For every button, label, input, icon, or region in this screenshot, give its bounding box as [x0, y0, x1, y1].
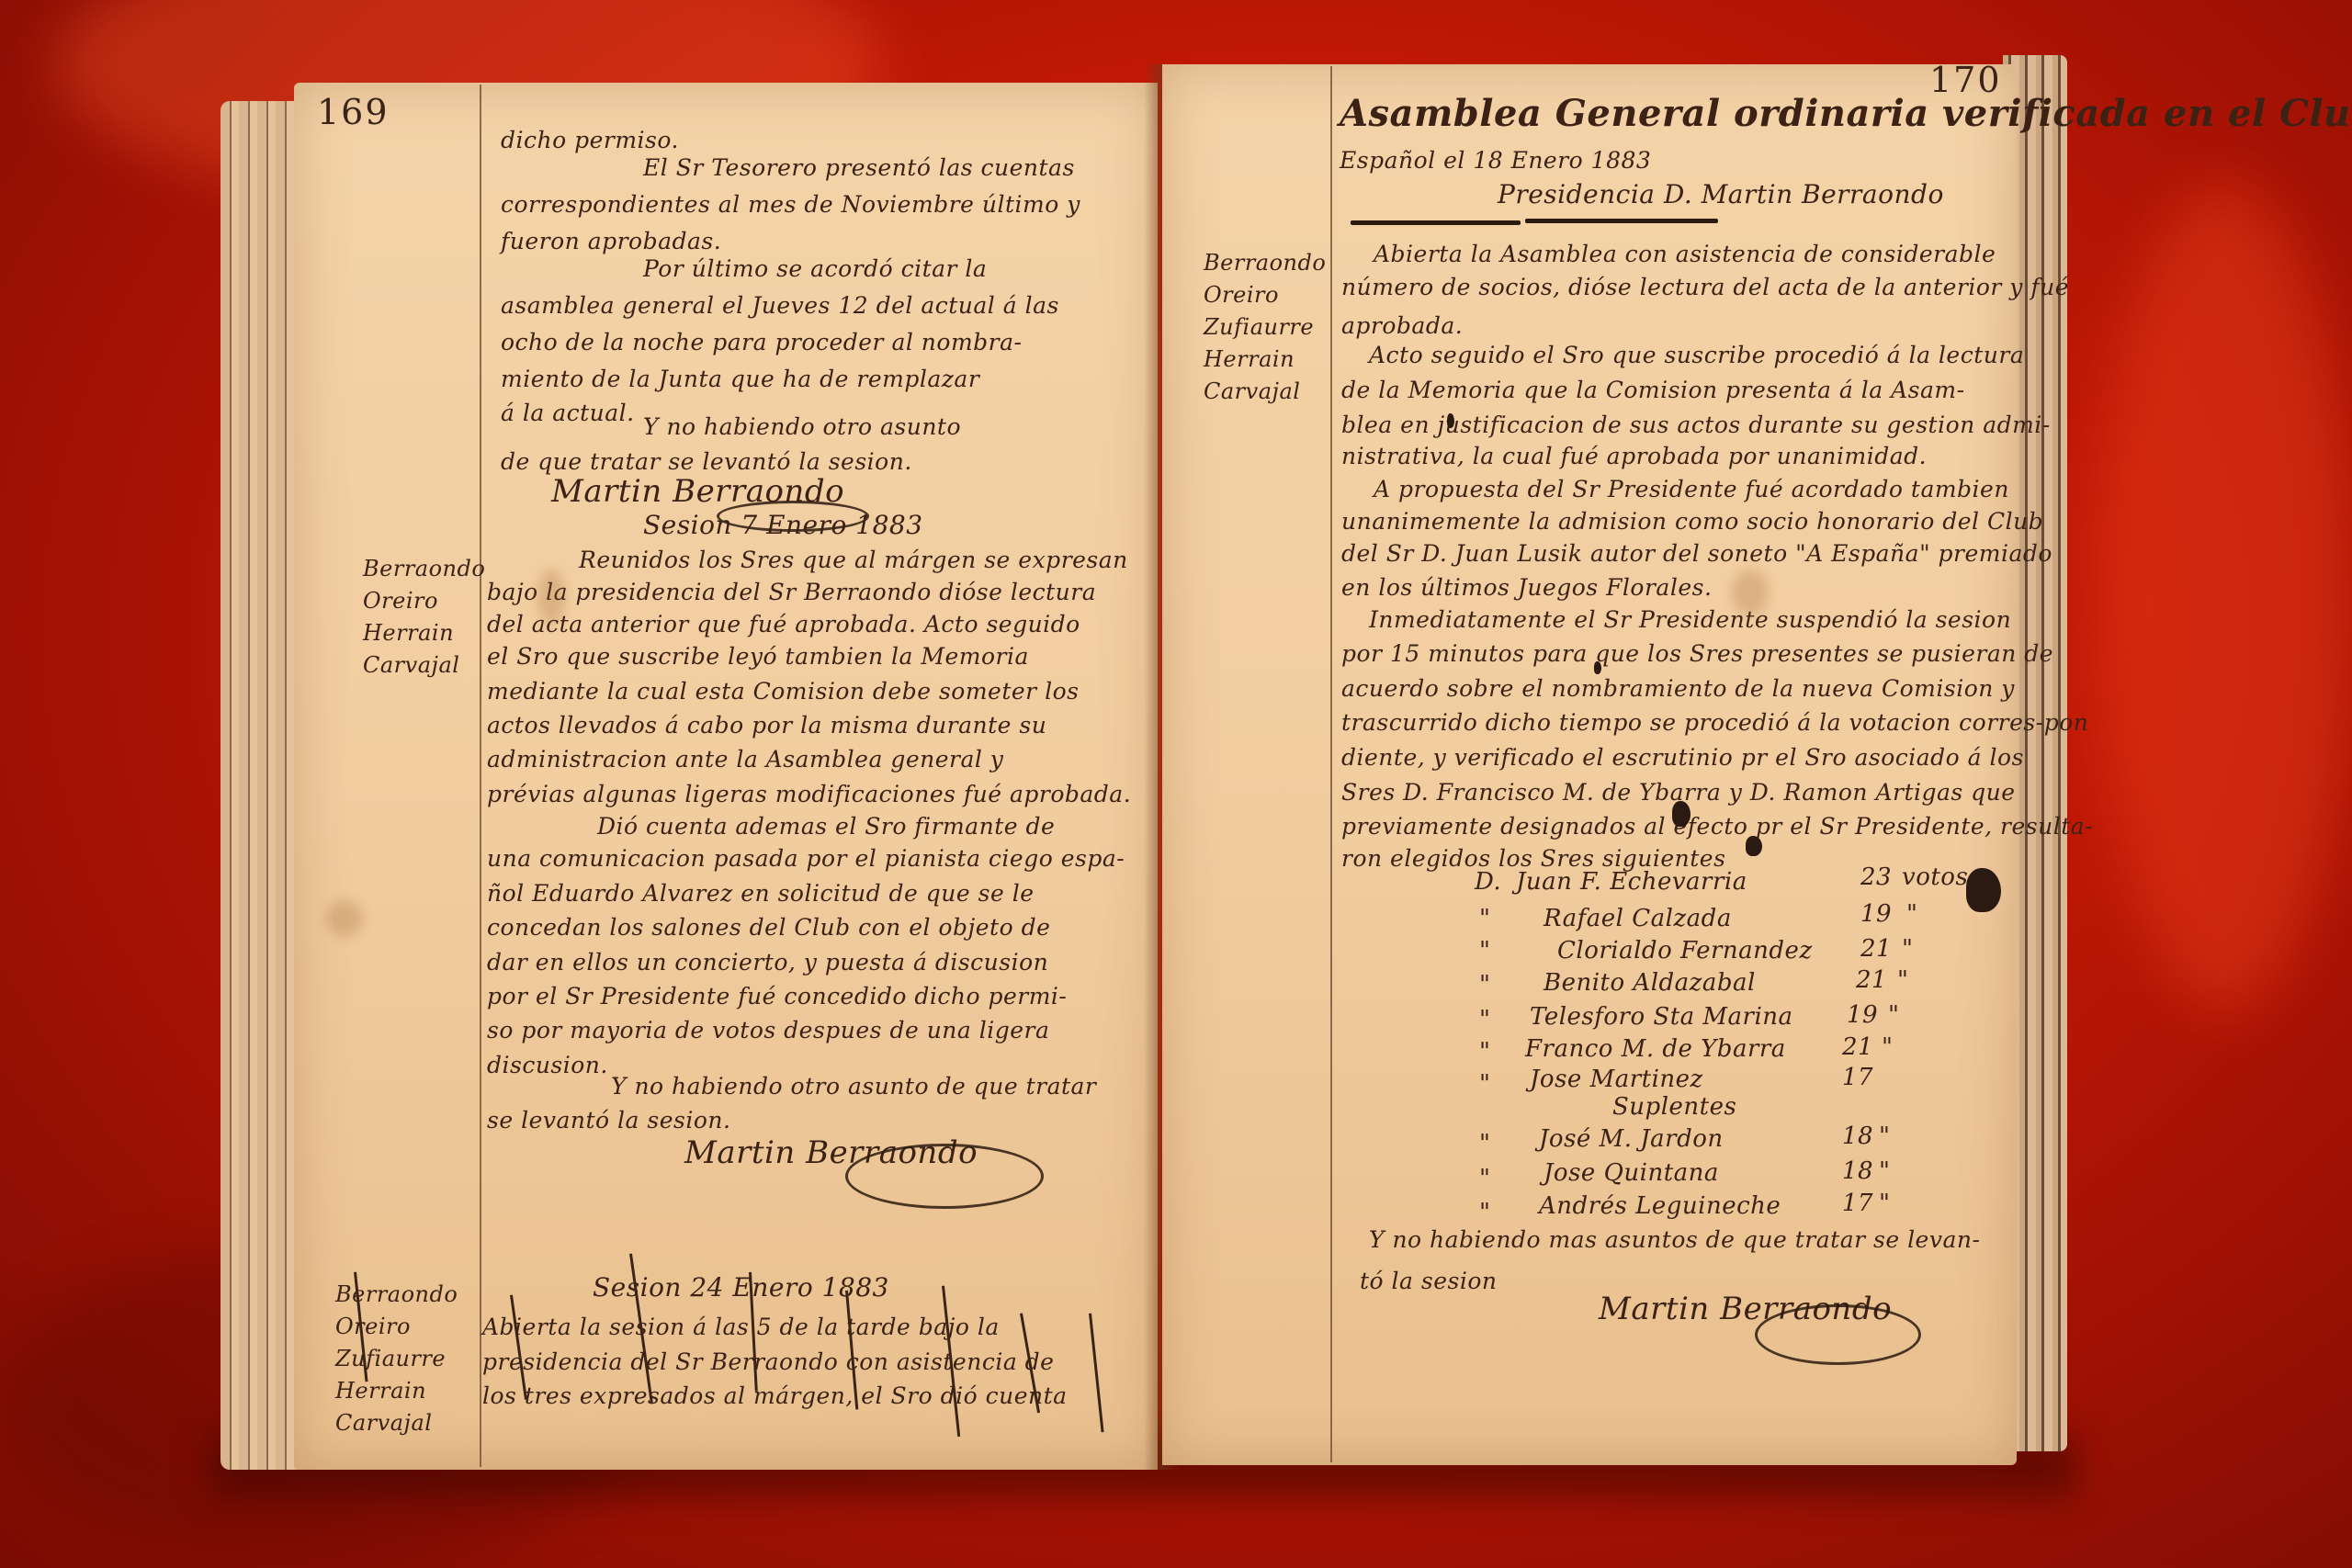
text-line: administracion ante la Asamblea general …	[487, 746, 1003, 773]
text-line: el Sro que suscribe leyó tambien la Memo…	[487, 643, 1029, 670]
prefix: "	[1479, 1038, 1490, 1066]
text-line: so por mayoria de votos despues de una l…	[487, 1017, 1049, 1043]
candidate-name: Andrés Leguineche	[1539, 1192, 1781, 1220]
candidate-name: Rafael Calzada	[1543, 905, 1732, 932]
margin-name: Herrain	[363, 620, 454, 646]
vote-count: 17	[1842, 1190, 1873, 1217]
vote-count: 21	[1856, 966, 1887, 994]
text-line: bajo la presidencia del Sr Berraondo dió…	[487, 579, 1096, 605]
text-line: número de socios, dióse lectura del acta…	[1341, 274, 2069, 300]
text-line: á la actual.	[501, 400, 635, 426]
prefix: D.	[1475, 868, 1501, 896]
text-line: de que tratar se levantó la sesion.	[501, 448, 912, 475]
candidate-name: Benito Aldazabal	[1543, 969, 1756, 997]
text-line: discusion.	[487, 1052, 608, 1078]
prefix: "	[1479, 937, 1490, 964]
margin-name: Oreiro	[335, 1314, 411, 1339]
page-number-169: 169	[317, 92, 390, 132]
vote-unit: "	[1879, 1157, 1890, 1185]
margin-name: Oreiro	[1204, 282, 1279, 308]
vote-unit: "	[1879, 1122, 1890, 1150]
heading-underline	[1351, 220, 1521, 225]
margin-name: Carvajal	[363, 652, 459, 678]
vote-unit: votos	[1902, 863, 1968, 891]
text-line: Y no habiendo otro asunto	[643, 413, 961, 440]
candidate-name: Jose Martinez	[1530, 1066, 1703, 1093]
text-line: de la Memoria que la Comision presenta á…	[1341, 377, 1965, 403]
paper-stain	[1732, 570, 1769, 615]
text-line: del acta anterior que fué aprobada. Acto…	[487, 611, 1080, 637]
text-line: se levantó la sesion.	[487, 1107, 730, 1134]
session-heading: Sesion 7 Enero 1883	[643, 510, 923, 540]
text-line: Abierta la sesion á las 5 de la tarde ba…	[482, 1314, 1000, 1340]
vote-count: 21	[1842, 1033, 1873, 1061]
text-line: mediante la cual esta Comision debe some…	[487, 678, 1079, 705]
right-margin-rule	[1330, 66, 1332, 1462]
margin-name: Berraondo	[335, 1281, 458, 1307]
text-line: nistrativa, la cual fué aprobada por una…	[1341, 443, 1927, 469]
heading-underline	[1525, 219, 1718, 223]
text-line: El Sr Tesorero presentó las cuentas	[643, 154, 1075, 181]
presidency-line: Presidencia D. Martin Berraondo	[1498, 179, 1944, 209]
text-line: por el Sr Presidente fué concedido dicho…	[487, 983, 1067, 1010]
vote-count: 23	[1860, 863, 1892, 891]
text-line: fueron aprobadas.	[501, 228, 721, 254]
cloth-highlight	[2095, 184, 2352, 1010]
prefix: "	[1479, 1130, 1490, 1157]
margin-name: Herrain	[1204, 346, 1295, 372]
margin-name: Carvajal	[1204, 378, 1300, 404]
text-line: A propuesta del Sr Presidente fué acorda…	[1374, 476, 2009, 502]
text-line: Y no habiendo mas asuntos de que tratar …	[1369, 1226, 1980, 1253]
text-line: previamente designados al efecto pr el S…	[1341, 813, 2093, 840]
left-page-edges	[220, 101, 303, 1470]
text-line: aprobada.	[1341, 312, 1463, 339]
left-page	[294, 83, 1158, 1470]
prefix: "	[1479, 1006, 1490, 1033]
text-line: acuerdo sobre el nombramiento de la nuev…	[1341, 675, 2015, 702]
text-line: por 15 minutos para que los Sres present…	[1341, 640, 2053, 667]
text-line: ocho de la noche para proceder al nombra…	[501, 329, 1022, 355]
candidate-name: Jose Quintana	[1543, 1159, 1719, 1187]
paper-stain	[326, 900, 363, 937]
assembly-title-continued: Español el 18 Enero 1883	[1340, 147, 1651, 174]
text-line: Abierta la Asamblea con asistencia de co…	[1374, 241, 1996, 267]
candidate-name: José M. Jardon	[1539, 1125, 1724, 1153]
prefix: "	[1479, 1199, 1490, 1226]
text-line: asamblea general el Jueves 12 del actual…	[501, 292, 1059, 319]
text-line: trascurrido dicho tiempo se procedió á l…	[1341, 709, 2088, 736]
vote-count: 18	[1842, 1122, 1873, 1150]
vote-count: 19	[1860, 900, 1892, 928]
text-line: Acto seguido el Sro que suscribe procedi…	[1369, 342, 2024, 368]
text-line: diente, y verificado el escrutinio pr el…	[1341, 744, 2024, 771]
margin-name: Berraondo	[1204, 250, 1326, 276]
candidate-name: Clorialdo Fernandez	[1557, 937, 1813, 964]
text-line: concedan los salones del Club con el obj…	[487, 914, 1050, 941]
vote-unit: "	[1879, 1190, 1890, 1217]
vote-unit: "	[1906, 900, 1917, 928]
prefix: "	[1479, 971, 1490, 998]
text-line: actos llevados á cabo por la misma duran…	[487, 712, 1046, 739]
text-line: dar en ellos un concierto, y puesta á di…	[487, 949, 1048, 976]
text-line: dicho permiso.	[501, 127, 679, 153]
prefix: "	[1479, 1070, 1490, 1098]
margin-name: Oreiro	[363, 588, 438, 614]
candidate-name: Telesforo Sta Marina	[1530, 1003, 1793, 1031]
margin-name: Herrain	[335, 1378, 426, 1404]
text-line: los tres expresados al márgen, el Sro di…	[482, 1382, 1068, 1409]
assembly-title: Asamblea General ordinaria verificada en…	[1340, 92, 2352, 135]
text-line: del Sr D. Juan Lusik autor del soneto "A…	[1341, 540, 2052, 567]
vote-count: 21	[1860, 935, 1892, 963]
vote-unit: "	[1882, 1033, 1893, 1061]
text-line: Dió cuenta ademas el Sro firmante de	[597, 813, 1055, 840]
margin-name: Zufiaurre	[1204, 314, 1314, 340]
text-line: una comunicacion pasada por el pianista …	[487, 845, 1125, 872]
vote-count: 18	[1842, 1157, 1873, 1185]
text-line: en los últimos Juegos Florales.	[1341, 574, 1712, 601]
candidate-name: Juan F. Echevarria	[1516, 868, 1747, 896]
text-line: miento de la Junta que ha de remplazar	[501, 366, 979, 392]
ink-blot	[1746, 836, 1762, 856]
text-line: presidencia del Sr Berraondo con asisten…	[482, 1348, 1054, 1375]
suplentes-heading: Suplentes	[1612, 1093, 1736, 1121]
vote-count: 17	[1842, 1064, 1873, 1091]
vote-unit: "	[1902, 935, 1913, 963]
vote-unit: "	[1897, 966, 1908, 994]
margin-name: Berraondo	[363, 556, 485, 581]
candidate-name: Franco M. de Ybarra	[1525, 1035, 1786, 1063]
text-line: Y no habiendo otro asunto de que tratar	[611, 1073, 1096, 1100]
text-line: Reunidos los Sres que al márgen se expre…	[579, 547, 1128, 573]
left-margin-rule	[480, 85, 481, 1467]
margin-name: Carvajal	[335, 1410, 432, 1436]
ink-blot	[1594, 661, 1601, 674]
ink-blot	[1966, 868, 2001, 912]
text-line: Por último se acordó citar la	[643, 255, 987, 282]
vote-count: 19	[1847, 1001, 1878, 1029]
text-line: ñol Eduardo Alvarez en solicitud de que …	[487, 880, 1035, 907]
signature-flourish	[845, 1144, 1044, 1209]
margin-name: Zufiaurre	[335, 1346, 446, 1371]
text-line: unanimemente la admision como socio hono…	[1341, 508, 2043, 535]
text-line: correspondientes al mes de Noviembre últ…	[501, 191, 1080, 218]
ink-blot	[1672, 801, 1690, 827]
signature-flourish	[1755, 1304, 1921, 1365]
prefix: "	[1479, 905, 1490, 932]
text-line: prévias algunas ligeras modificaciones f…	[487, 781, 1131, 807]
text-line: Inmediatamente el Sr Presidente suspendi…	[1369, 606, 2011, 633]
prefix: "	[1479, 1165, 1490, 1192]
ink-blot	[1447, 413, 1454, 428]
vote-unit: "	[1888, 1001, 1899, 1029]
text-line: tó la sesion	[1360, 1268, 1498, 1294]
paper-stain	[537, 570, 565, 625]
